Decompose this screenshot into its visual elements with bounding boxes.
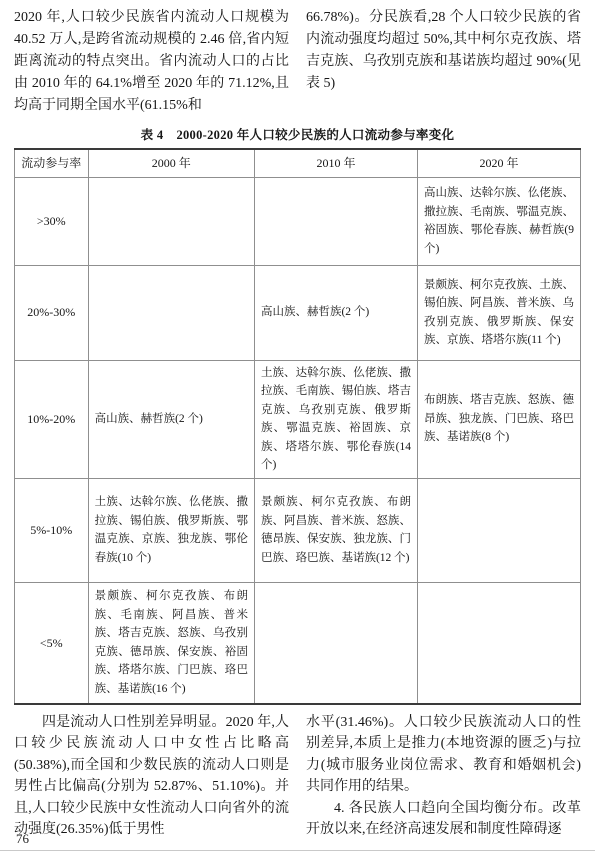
paragraph-top-right: 66.78%)。分民族看,28 个人口较少民族的省内流动强度均超过 50%,其中… bbox=[306, 7, 581, 117]
table-caption-text: 2000-2020 年人口较少民族的人口流动参与率变化 bbox=[176, 128, 454, 142]
bottom-right-column: 水平(31.46%)。人口较少民族流动人口的性别差异,本质上是推力(本地资源的匮… bbox=[306, 712, 581, 840]
column-header-2010: 2010 年 bbox=[254, 149, 417, 177]
table-caption: 表 42000-2020 年人口较少民族的人口流动参与率变化 bbox=[14, 125, 581, 143]
table-cell-2010: 土族、达斡尔族、仫佬族、撒拉族、毛南族、锡伯族、塔吉克族、乌孜别克族、俄罗斯族、… bbox=[254, 360, 417, 478]
table-cell-2020: 景颇族、柯尔克孜族、土族、锡伯族、阿昌族、普米族、乌孜别克族、俄罗斯族、保安族、… bbox=[417, 265, 580, 360]
column-header-rate: 流动参与率 bbox=[15, 149, 89, 177]
table-row: <5% 景颇族、柯尔克孜族、布朗族、毛南族、阿昌族、普米族、塔吉克族、怒族、乌孜… bbox=[15, 582, 581, 704]
rate-label: 5%-10% bbox=[15, 478, 89, 582]
paragraph-bottom-right-1: 水平(31.46%)。人口较少民族流动人口的性别差异,本质上是推力(本地资源的匮… bbox=[306, 712, 581, 798]
column-header-2000: 2000 年 bbox=[88, 149, 254, 177]
top-text-columns: 2020 年,人口较少民族省内流动人口规模为 40.52 万人,是跨省流动规模的… bbox=[14, 7, 581, 117]
table-cell-2010 bbox=[254, 582, 417, 704]
participation-rate-table: 流动参与率 2000 年 2010 年 2020 年 >30% 高山族、达斡尔族… bbox=[14, 148, 581, 705]
table-cell-2010: 高山族、赫哲族(2 个) bbox=[254, 265, 417, 360]
table-cell-2000: 土族、达斡尔族、仫佬族、撒拉族、锡伯族、俄罗斯族、鄂温克族、京族、独龙族、鄂伦春… bbox=[88, 478, 254, 582]
rate-label: <5% bbox=[15, 582, 89, 704]
page-bottom-edge bbox=[0, 850, 595, 851]
paragraph-top-left: 2020 年,人口较少民族省内流动人口规模为 40.52 万人,是跨省流动规模的… bbox=[14, 7, 289, 117]
table-cell-2000 bbox=[88, 265, 254, 360]
table-cell-2010: 景颇族、柯尔克孜族、布朗族、阿昌族、普米族、怒族、德昂族、保安族、独龙族、门巴族… bbox=[254, 478, 417, 582]
table-cell-2010 bbox=[254, 177, 417, 265]
table-cell-2000: 景颇族、柯尔克孜族、布朗族、毛南族、阿昌族、普米族、塔吉克族、怒族、乌孜别克族、… bbox=[88, 582, 254, 704]
table-cell-2000 bbox=[88, 177, 254, 265]
table-row: 5%-10% 土族、达斡尔族、仫佬族、撒拉族、锡伯族、俄罗斯族、鄂温克族、京族、… bbox=[15, 478, 581, 582]
table-cell-2020 bbox=[417, 478, 580, 582]
paragraph-bottom-right-2: 4. 各民族人口趋向全国均衡分布。改革开放以来,在经济高速发展和制度性障碍逐 bbox=[306, 798, 581, 841]
table-caption-label: 表 4 bbox=[141, 128, 164, 142]
column-header-2020: 2020 年 bbox=[417, 149, 580, 177]
table-cell-2020 bbox=[417, 582, 580, 704]
table-row: 20%-30% 高山族、赫哲族(2 个) 景颇族、柯尔克孜族、土族、锡伯族、阿昌… bbox=[15, 265, 581, 360]
table-cell-2020: 高山族、达斡尔族、仫佬族、撒拉族、毛南族、鄂温克族、裕固族、鄂伦春族、赫哲族(9… bbox=[417, 177, 580, 265]
rate-label: 20%-30% bbox=[15, 265, 89, 360]
document-page: 2020 年,人口较少民族省内流动人口规模为 40.52 万人,是跨省流动规模的… bbox=[0, 0, 595, 853]
rate-label: >30% bbox=[15, 177, 89, 265]
table-row: 10%-20% 高山族、赫哲族(2 个) 土族、达斡尔族、仫佬族、撒拉族、毛南族… bbox=[15, 360, 581, 478]
table-row: >30% 高山族、达斡尔族、仫佬族、撒拉族、毛南族、鄂温克族、裕固族、鄂伦春族、… bbox=[15, 177, 581, 265]
table-cell-2020: 布朗族、塔吉克族、怒族、德昂族、独龙族、门巴族、珞巴族、基诺族(8 个) bbox=[417, 360, 580, 478]
paragraph-bottom-left: 四是流动人口性别差异明显。2020 年,人口较少民族流动人口中女性占比略高(50… bbox=[14, 712, 289, 840]
table-cell-2000: 高山族、赫哲族(2 个) bbox=[88, 360, 254, 478]
bottom-text-columns: 四是流动人口性别差异明显。2020 年,人口较少民族流动人口中女性占比略高(50… bbox=[14, 712, 581, 840]
table-header-row: 流动参与率 2000 年 2010 年 2020 年 bbox=[15, 149, 581, 177]
page-number: 76 bbox=[16, 831, 29, 847]
rate-label: 10%-20% bbox=[15, 360, 89, 478]
